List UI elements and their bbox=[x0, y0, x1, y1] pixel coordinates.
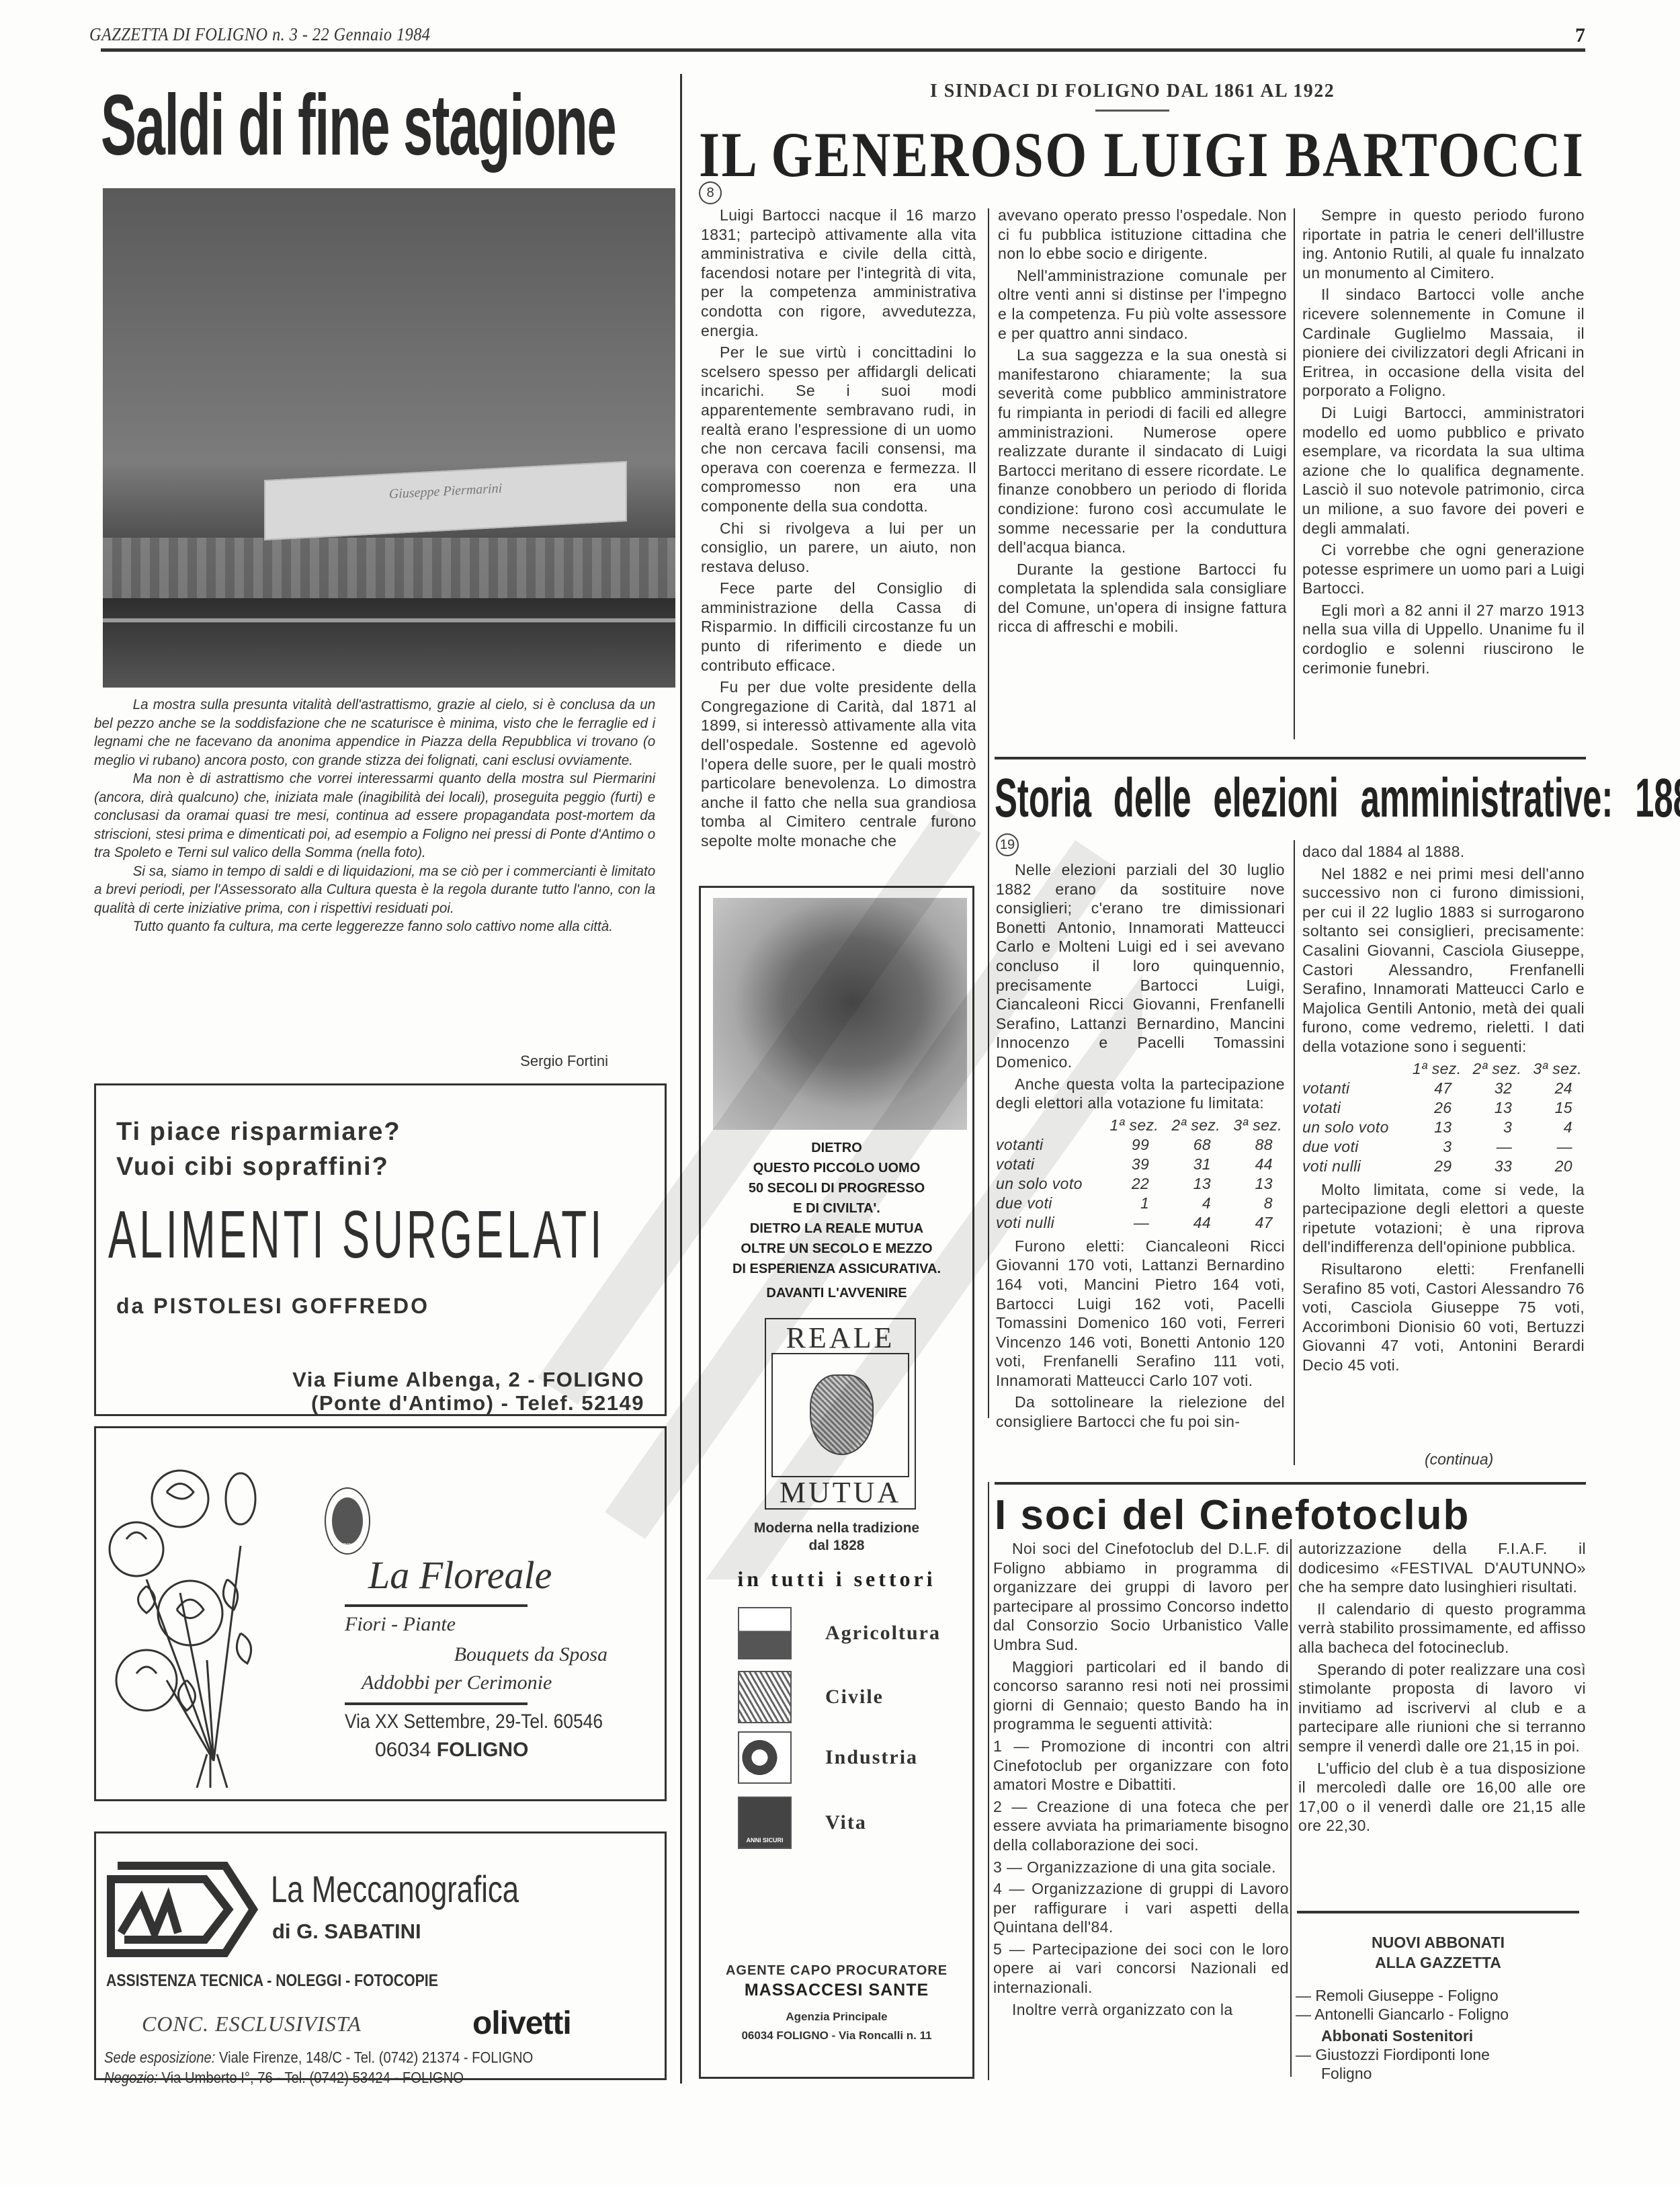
table-row: un solo voto221313 bbox=[996, 1174, 1285, 1194]
ad-la-meccanografica: La Meccanografica di G. SABATINI ASSISTE… bbox=[94, 1831, 667, 2080]
paragraph: Luigi Bartocci nacque il 16 marzo 1831; … bbox=[701, 206, 976, 340]
supporters-label: Abbonati Sostenitori bbox=[1296, 2026, 1578, 2045]
ad-question-2: Vuoi cibi sopraffini? bbox=[116, 1153, 389, 1182]
list-item: 1 — Promozione di incontri con altri Cin… bbox=[993, 1737, 1289, 1795]
column-rule bbox=[1294, 208, 1295, 739]
sector-vita: ANNI SICURI Vita bbox=[738, 1797, 966, 1850]
tree-icon bbox=[738, 1607, 792, 1659]
shop-line-2: Bouquets da Sposa bbox=[454, 1643, 607, 1666]
crest-icon bbox=[810, 1374, 874, 1455]
article-number-badge: 19 bbox=[996, 833, 1019, 856]
paragraph: La mostra sulla presunta vitalità dell'a… bbox=[94, 696, 655, 770]
bartocci-headline: IL GENEROSO LUIGI BARTOCCI bbox=[699, 121, 1450, 188]
table-row: votati393144 bbox=[996, 1155, 1285, 1174]
paragraph: Nelle elezioni parziali del 30 luglio 18… bbox=[996, 860, 1285, 1072]
section-rule bbox=[1297, 1911, 1579, 1913]
paragraph: Tutto quanto fa cultura, ma certe legger… bbox=[94, 917, 655, 936]
kicker-rule bbox=[1095, 110, 1169, 112]
ad-la-floreale: INTERFLORA La Floreale Fiori - Piante Bo… bbox=[94, 1426, 667, 1801]
article-number-badge: 8 bbox=[699, 181, 722, 204]
sector-civile: Civile bbox=[738, 1671, 966, 1725]
saldi-author: Sergio Fortini bbox=[403, 1053, 608, 1070]
storia-headline: Storia delle elezioni amministrative: 18… bbox=[995, 766, 1361, 831]
section-rule bbox=[995, 757, 1586, 759]
paragraph: Si sa, siamo in tempo di saldi e di liqu… bbox=[94, 862, 655, 918]
paragraph: autorizzazione della F.I.A.F. il dodices… bbox=[1298, 1539, 1586, 1597]
company-name: La Meccanografica bbox=[271, 1867, 519, 1911]
paragraph: Anche questa volta la partecipazione deg… bbox=[996, 1075, 1285, 1113]
paragraph: Egli morì a 82 anni il 27 marzo 1913 nel… bbox=[1302, 601, 1585, 677]
bartocci-column-1: Luigi Bartocci nacque il 16 marzo 1831; … bbox=[701, 206, 976, 854]
paragraph: Durante la gestione Bartocci fu completa… bbox=[998, 560, 1287, 636]
paragraph: Furono eletti: Ciancaleoni Ricci Giovann… bbox=[996, 1237, 1285, 1391]
column-rule bbox=[988, 208, 989, 1418]
storia-column-2: daco dal 1884 al 1888. Nel 1882 e nei pr… bbox=[1302, 842, 1585, 1377]
shop-line-3: Addobbi per Cerimonie bbox=[362, 1672, 552, 1694]
agency-label: Agenzia Principale bbox=[701, 2010, 972, 2024]
shop-line-1: Fiori - Piante bbox=[345, 1613, 456, 1636]
paragraph: daco dal 1884 al 1888. bbox=[1302, 842, 1585, 862]
vote-table-1882: 1ª sez.2ª sez.3ª sez. votanti996888 vota… bbox=[996, 1116, 1285, 1233]
list-item: — Antonelli Giancarlo - Foligno bbox=[1296, 2005, 1578, 2024]
paragraph: Sperando di poter realizzare una così st… bbox=[1298, 1660, 1586, 1756]
paragraph: Il calendario di questo programma verrà … bbox=[1298, 1600, 1586, 1657]
concessionaire-label: CONC. ESCLUSIVISTA bbox=[142, 2012, 362, 2036]
column-rule bbox=[1290, 1539, 1292, 2077]
paragraph: L'ufficio del club è a tua disposizione … bbox=[1298, 1759, 1586, 1836]
ad-motto: Moderna nella tradizione dal 1828 bbox=[701, 1520, 972, 1555]
column-rule bbox=[988, 1482, 989, 2080]
list-item: 2 — Creazione di una foteca che per esse… bbox=[993, 1797, 1289, 1855]
continua-label: (continua) bbox=[1425, 1450, 1493, 1469]
saldi-headline: Saldi di fine stagione bbox=[101, 75, 455, 176]
paragraph: Ci vorrebbe che ogni generazione potesse… bbox=[1302, 540, 1585, 598]
ad-alimenti-surgelati: Ti piace risparmiare? Vuoi cibi sopraffi… bbox=[94, 1083, 667, 1416]
ad-address-1: Via Fiume Albenga, 2 - FOLIGNO bbox=[292, 1368, 644, 1392]
paragraph: Sempre in questo periodo furono riportat… bbox=[1302, 206, 1585, 282]
divider bbox=[345, 1604, 528, 1607]
table-row: voti nulli—4447 bbox=[996, 1213, 1285, 1233]
cine-column-1: Noi soci del Cinefotoclub del D.L.F. di … bbox=[993, 1539, 1289, 2022]
anni-sicuri-icon: ANNI SICURI bbox=[738, 1797, 792, 1849]
sector-industria: Industria bbox=[738, 1731, 966, 1785]
photo-banner: Giuseppe Piermarini bbox=[264, 461, 627, 540]
interflora-badge-icon: INTERFLORA bbox=[325, 1487, 370, 1555]
bartocci-column-3: Sempre in questo periodo furono riportat… bbox=[1302, 206, 1585, 680]
shop-address: Via XX Settembre, 29-Tel. 60546 bbox=[345, 1710, 603, 1733]
table-row: votanti473224 bbox=[1302, 1079, 1585, 1098]
list-item: — Remoli Giuseppe - Foligno bbox=[1296, 1986, 1578, 2005]
agency-address: 06034 FOLIGNO - Via Roncalli n. 11 bbox=[701, 2029, 972, 2043]
paragraph: Fece parte del Consiglio di amministrazi… bbox=[701, 579, 976, 675]
paragraph: Inoltre verrà organizzato con la bbox=[993, 2000, 1289, 2020]
ad-reale-mutua: DIETRO QUESTO PICCOLO UOMO 50 SECOLI DI … bbox=[699, 886, 974, 2079]
abbonati-heading: NUOVI ABBONATI ALLA GAZZETTA bbox=[1297, 1932, 1579, 1973]
agent-role: AGENTE CAPO PROCURATORE bbox=[701, 1963, 972, 1979]
paragraph: Ma non è di astrattismo che vorrei inter… bbox=[94, 770, 655, 862]
ad-owner: da PISTOLESI GOFFREDO bbox=[116, 1294, 429, 1319]
paragraph: Chi si rivolgeva a lui per un consiglio,… bbox=[701, 519, 976, 577]
page-number: 7 bbox=[1575, 24, 1585, 47]
table-row: votati261315 bbox=[1302, 1098, 1585, 1118]
table-row: due voti148 bbox=[996, 1194, 1285, 1213]
gear-icon bbox=[738, 1731, 792, 1784]
paragraph: Da sottolineare la rielezione del consig… bbox=[996, 1393, 1285, 1431]
saldi-body: La mostra sulla presunta vitalità dell'a… bbox=[94, 696, 655, 936]
negozio-address: Negozio: Via Umberto I°, 76 - Tel. (0742… bbox=[104, 2069, 464, 2087]
cinefotoclub-headline: I soci del Cinefotoclub bbox=[995, 1491, 1586, 1540]
photo-stone-wall bbox=[103, 538, 675, 598]
paragraph: avevano operato presso l'ospedale. Non c… bbox=[998, 206, 1287, 263]
column-rule bbox=[680, 74, 682, 2084]
rose-bouquet-icon bbox=[106, 1458, 328, 1788]
paragraph: Maggiori particolari ed il bando di conc… bbox=[993, 1657, 1289, 1734]
sectors-title: in tutti i settori bbox=[701, 1567, 972, 1592]
list-item: — Giustozzi Fiordiponti Ione bbox=[1296, 2045, 1578, 2064]
section-rule bbox=[995, 1482, 1586, 1485]
reale-mutua-logo: REALE MUTUA bbox=[765, 1318, 916, 1510]
paragraph: Fu per due volte presidente della Congre… bbox=[701, 677, 976, 850]
shop-city: 06034 FOLIGNO bbox=[375, 1739, 528, 1762]
paragraph: Risultarono eletti: Frenfanelli Serafino… bbox=[1302, 1260, 1585, 1375]
bartocci-column-2: avevano operato presso l'ospedale. Non c… bbox=[998, 206, 1287, 639]
paragraph: Nell'amministrazione comunale per oltre … bbox=[998, 266, 1287, 343]
table-row: voti nulli293320 bbox=[1302, 1157, 1585, 1176]
ad-question-1: Ti piace risparmiare? bbox=[116, 1118, 401, 1147]
publication-line: GAZZETTA DI FOLIGNO n. 3 - 22 Gennaio 19… bbox=[89, 24, 430, 45]
column-rule bbox=[1294, 840, 1295, 1465]
divider bbox=[345, 1702, 528, 1705]
ad-address-2: (Ponte d'Antimo) - Telef. 52149 bbox=[311, 1391, 644, 1415]
vote-table-1883: 1ª sez.2ª sez.3ª sez. votanti473224 vota… bbox=[1302, 1059, 1585, 1176]
storia-column-1: Nelle elezioni parziali del 30 luglio 18… bbox=[996, 860, 1285, 1434]
family-icon bbox=[738, 1671, 792, 1723]
paragraph: Per le sue virtù i concittadini lo scels… bbox=[701, 343, 976, 516]
sede-address: Sede esposizione: Viale Firenze, 148/C -… bbox=[104, 2049, 533, 2067]
saldi-photo: Giuseppe Piermarini bbox=[103, 188, 675, 688]
paragraph: Il sindaco Bartocci volle anche ricevere… bbox=[1302, 285, 1585, 401]
table-row: due voti3—— bbox=[1302, 1137, 1585, 1157]
photo-road-line bbox=[103, 618, 675, 622]
ad-tagline: DAVANTI L'AVVENIRE bbox=[701, 1286, 972, 1301]
child-photo bbox=[713, 898, 967, 1130]
cine-column-2: autorizzazione della F.I.A.F. il dodices… bbox=[1298, 1539, 1586, 1838]
series-kicker: I SINDACI DI FOLIGNO DAL 1861 AL 1922 bbox=[679, 81, 1586, 102]
olivetti-brand: olivetti bbox=[472, 2005, 571, 2042]
shop-name: La Floreale bbox=[368, 1553, 552, 1598]
meccanografica-logo-icon bbox=[104, 1859, 259, 1960]
ad-headline: ALIMENTI SURGELATI bbox=[108, 1201, 605, 1268]
agent-name: MASSACCESI SANTE bbox=[701, 1981, 972, 2000]
header-rule bbox=[101, 48, 1585, 52]
list-item: 4 — Organizzazione di gruppi di Lavoro p… bbox=[993, 1879, 1289, 1937]
paragraph: La sua saggezza e la sua onestà si manif… bbox=[998, 345, 1287, 557]
paragraph: Noi soci del Cinefotoclub del D.L.F. di … bbox=[993, 1539, 1289, 1655]
paragraph: Di Luigi Bartocci, amministratori modell… bbox=[1302, 403, 1585, 538]
table-row: votanti996888 bbox=[996, 1135, 1285, 1155]
company-owner: di G. SABATINI bbox=[272, 1920, 421, 1944]
paragraph: Nel 1882 e nei primi mesi dell'anno succ… bbox=[1302, 864, 1585, 1057]
list-item: Foligno bbox=[1296, 2064, 1578, 2083]
list-item: 3 — Organizzazione di una gita sociale. bbox=[993, 1858, 1289, 1877]
ad-copy: DIETRO QUESTO PICCOLO UOMO 50 SECOLI DI … bbox=[701, 1138, 972, 1279]
abbonati-list: — Remoli Giuseppe - Foligno — Antonelli … bbox=[1296, 1986, 1578, 2083]
list-item: 5 — Partecipazione dei soci con le loro … bbox=[993, 1940, 1289, 1997]
sector-agricoltura: Agricoltura bbox=[738, 1607, 966, 1661]
table-row: un solo voto1334 bbox=[1302, 1118, 1585, 1137]
company-services: ASSISTENZA TECNICA - NOLEGGI - FOTOCOPIE bbox=[106, 1971, 438, 1991]
paragraph: Molto limitata, come si vede, la parteci… bbox=[1302, 1180, 1585, 1257]
